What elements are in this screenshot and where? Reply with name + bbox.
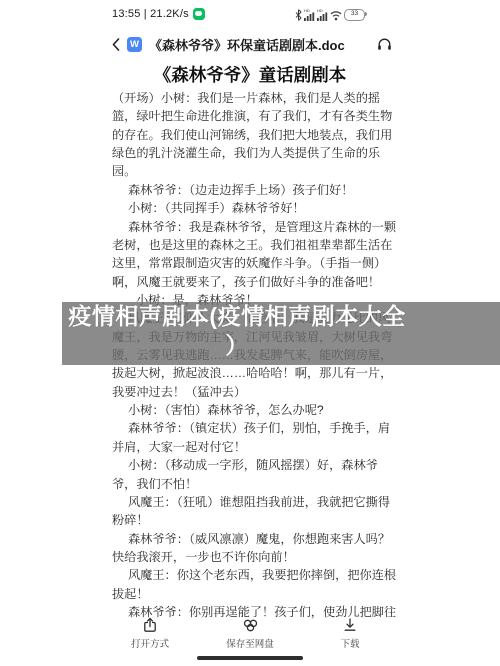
svg-text:HD: HD	[304, 8, 310, 13]
doc-line: 小树：（共同挥手）森林爷爷好！	[112, 199, 392, 217]
doc-line: 老树，也是这里的森林之王。我们祖祖辈辈都生活在	[112, 236, 392, 254]
doc-line: 小树：（害怕）森林爷爷，怎么办呢?	[112, 401, 392, 419]
doc-line: 森林爷爷：（镇定状）孩子们，别怕，手挽手，肩	[112, 419, 392, 437]
doc-line: 这里，常常跟制造灾害的妖魔作斗争。（手指一侧）	[112, 254, 392, 272]
doc-toolbar: W 《森林爷爷》环保童话剧剧本.doc	[112, 33, 392, 55]
doc-line: 并肩，大家一起对付它！	[112, 438, 392, 456]
battery-icon: 33	[344, 9, 365, 21]
doc-line: 的存在。我们使山河锦绣，我们把大地装点，我们用	[112, 126, 392, 144]
doc-line: 森林爷爷：我是森林爷爷，是管理这片森林的一颗	[112, 218, 392, 236]
doc-line: 森林爷爷：（边走边挥手上场）孩子们好！	[112, 181, 392, 199]
status-left: 13:55 | 21.2K/s	[112, 8, 205, 20]
home-indicator[interactable]	[197, 656, 303, 660]
doc-line: 小树：（移动成一字形，随风摇摆）好，森林爷	[112, 456, 392, 474]
doc-line: 风魔王：（狂吼）谁想阻挡我前进，我就把它撕得	[112, 493, 392, 511]
open-with-button[interactable]: 打开方式	[100, 617, 200, 653]
battery-level: 33	[351, 11, 358, 18]
open-with-icon	[142, 617, 158, 633]
download-button[interactable]: 下载	[300, 617, 400, 653]
watermark-line1: 疫情相声剧本(疫情相声剧本大全	[0, 302, 474, 331]
document-title: 《森林爷爷》童话剧剧本	[0, 62, 500, 87]
signal-icon: HD	[304, 8, 315, 21]
doc-line: （开场）小树：我们是一片森林，我们是人类的摇	[112, 89, 392, 107]
signal-icon: HD	[317, 8, 328, 21]
wifi-icon	[330, 10, 342, 21]
save-to-cloud-icon	[242, 617, 259, 633]
bluetooth-icon	[295, 9, 302, 21]
doc-line: 森林爷爷：（威风凛凛）魔鬼，你想跑来害人吗？	[112, 530, 392, 548]
doc-filename: 《森林爷爷》环保童话剧剧本.doc	[149, 35, 370, 54]
watermark-line2: ）	[0, 331, 474, 360]
word-doc-icon: W	[127, 37, 142, 52]
doc-line: 粉碎！	[112, 511, 392, 529]
save-to-cloud-label: 保存至网盘	[226, 636, 274, 650]
phone-screen: 13:55 | 21.2K/s HD HD	[0, 0, 500, 666]
headphones-button[interactable]	[377, 37, 392, 51]
doc-line: 拔起大树，掀起波浪……哈哈哈！啊，那儿有一片，	[112, 364, 392, 382]
watermark-title: 疫情相声剧本(疫情相声剧本大全 ）	[0, 302, 474, 359]
save-to-cloud-button[interactable]: 保存至网盘	[200, 617, 300, 653]
status-right: HD HD	[295, 8, 365, 21]
open-with-label: 打开方式	[131, 636, 169, 650]
doc-line: 篮，绿叶把生命进化推演，有了我们，才有各类生物	[112, 107, 392, 125]
download-label: 下载	[340, 636, 359, 650]
chat-app-icon	[193, 8, 205, 20]
download-icon	[342, 617, 358, 633]
doc-line: 快给我滚开，一步也不许你向前！	[112, 548, 392, 566]
doc-line: 风魔王：你这个老东西，我要把你摔倒，把你连根	[112, 566, 392, 584]
back-button[interactable]	[112, 38, 120, 51]
doc-line: 我要冲过去！（猛冲去）	[112, 383, 392, 401]
doc-line: 绿色的乳汁浇灌生命，我们为人类提供了生命的乐	[112, 144, 392, 162]
doc-line: 拔起！	[112, 585, 392, 603]
status-bar: 13:55 | 21.2K/s HD HD	[112, 6, 365, 22]
bottom-action-bar: 打开方式 保存至网盘 下载	[100, 617, 400, 653]
doc-line: 爷，我们不怕！	[112, 475, 392, 493]
svg-text:HD: HD	[317, 8, 323, 13]
clock-and-netspeed: 13:55 | 21.2K/s	[112, 8, 189, 20]
doc-line: 园。	[112, 162, 392, 180]
doc-line: 啊，风魔王就要来了，孩子们做好斗争的准备吧！	[112, 273, 392, 291]
